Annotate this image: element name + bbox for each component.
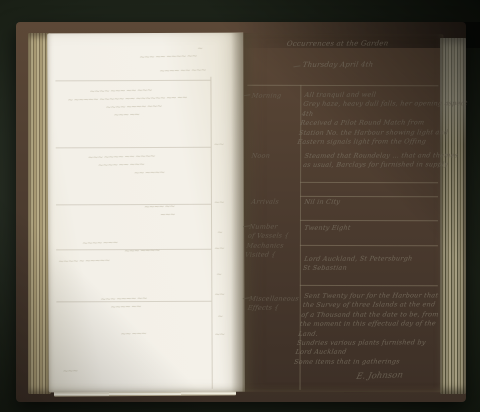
faint-handwriting-line: ~~~ xyxy=(160,211,175,219)
handwriting-line: as usual, Barclays for furnished in supp… xyxy=(302,161,457,171)
section-heading: Number of Vessels { Mechanics Visited { xyxy=(244,223,291,261)
faint-handwriting-line: ~~~ ~~ ~~~~ ~~ xyxy=(139,52,196,61)
corner-pencil-note: ~~~ xyxy=(63,367,78,375)
heading-line: Effects { xyxy=(247,304,298,314)
faint-margin-mark: ~~ xyxy=(214,291,224,299)
margin-tick xyxy=(243,94,250,96)
handwritten-entry: Steamed that Roundelay … that and themes… xyxy=(302,151,459,170)
faint-handwriting-line: ~~~~ ~~ ~~~ xyxy=(159,66,205,75)
handwritten-entry: Lord Auckland, St Petersburgh St Sebasti… xyxy=(302,254,413,273)
heading-line: Miscellaneous xyxy=(248,295,299,305)
faint-handwriting-line: ~~~~ ~~~ xyxy=(82,239,117,248)
photo-background: ~~~ ~~ ~~~~ ~~ ~~~~ ~~ ~~~ ~ ~~~~ ~~~ ~~… xyxy=(0,0,480,412)
faint-margin-mark: ~~ xyxy=(214,141,224,149)
ruled-line xyxy=(300,245,438,246)
handwriting-line: Nil in City xyxy=(304,198,341,208)
faint-margin-mark: ~~ xyxy=(214,199,224,207)
heading-line: Number xyxy=(249,223,291,233)
faint-handwriting-line: ~~~ ~~~~ xyxy=(124,247,159,256)
handwriting-line: Lord Auckland, St Petersburgh xyxy=(303,254,413,264)
column-rule xyxy=(210,77,212,389)
handwritten-entry: Sent Twenty four for the Harbour that th… xyxy=(293,291,442,367)
handwriting-line: Sundries various plants furnished by xyxy=(296,338,435,348)
ruled-line xyxy=(300,182,438,183)
faint-margin-mark: ~~ xyxy=(214,245,224,253)
section-heading: Arrivals xyxy=(251,198,280,208)
heading-line: Visited { xyxy=(244,251,286,261)
section-heading: Miscellaneous Effects { xyxy=(247,295,300,314)
faint-margin-mark: ~ xyxy=(217,313,222,321)
ruled-line xyxy=(300,220,438,221)
handwriting-line: St Sebastian xyxy=(302,264,412,274)
handwritten-entry: All tranquil and well Grey haze, heavy d… xyxy=(297,90,470,147)
heading-line: of Vessels { xyxy=(247,232,289,242)
ruled-line xyxy=(56,204,211,206)
page-header-date: Thursday April 4th xyxy=(302,61,374,71)
faint-margin-mark: ~~ xyxy=(214,331,224,339)
signature: E. Johnson xyxy=(355,370,404,381)
ruled-line xyxy=(300,285,438,286)
faint-margin-mark: ~ xyxy=(216,271,221,279)
left-page: ~~~ ~~ ~~~~ ~~ ~~~~ ~~ ~~~ ~ ~~~~ ~~~ ~~… xyxy=(47,33,245,393)
ruled-line xyxy=(56,147,211,149)
handwriting-line: Grey haze, heavy dull falls, her opening… xyxy=(302,100,467,110)
faint-handwriting-line: ~~~~ ~~ xyxy=(110,303,141,312)
ruled-line xyxy=(247,85,438,87)
faint-handwriting-line: ~~ ~~~ xyxy=(120,330,146,339)
handwriting-line: Some items that in gatherings xyxy=(293,357,432,367)
heading-line: Mechanics xyxy=(246,241,288,251)
handwriting-line: the Survey of three Islands at the end xyxy=(302,301,441,311)
faint-handwriting-line: ~ xyxy=(197,45,202,53)
page-header-title: Occurrences at the Garden xyxy=(286,39,389,49)
handwriting-line: Twenty Eight xyxy=(304,224,352,234)
ruled-line xyxy=(55,80,210,82)
faint-margin-mark: ~ xyxy=(217,229,222,237)
faint-handwriting-line: ~~~ ~~ xyxy=(113,111,139,120)
handwriting-line: Eastern signals light from the Offing xyxy=(297,137,462,147)
handwriting-line: the moment in this effectual day of the xyxy=(299,319,438,329)
right-page: Occurrences at the Garden Thursday April… xyxy=(243,34,444,393)
handwriting-line: Station No. the Harbour showing light an… xyxy=(298,128,463,138)
faint-handwriting-line: ~~ ~~~~ xyxy=(134,169,165,178)
flourish-mark xyxy=(293,65,300,67)
faint-handwriting-line: ~~~~ ~ ~~~~~ xyxy=(58,257,109,266)
section-heading: Noon xyxy=(251,152,271,161)
section-heading: Morning xyxy=(251,92,282,102)
